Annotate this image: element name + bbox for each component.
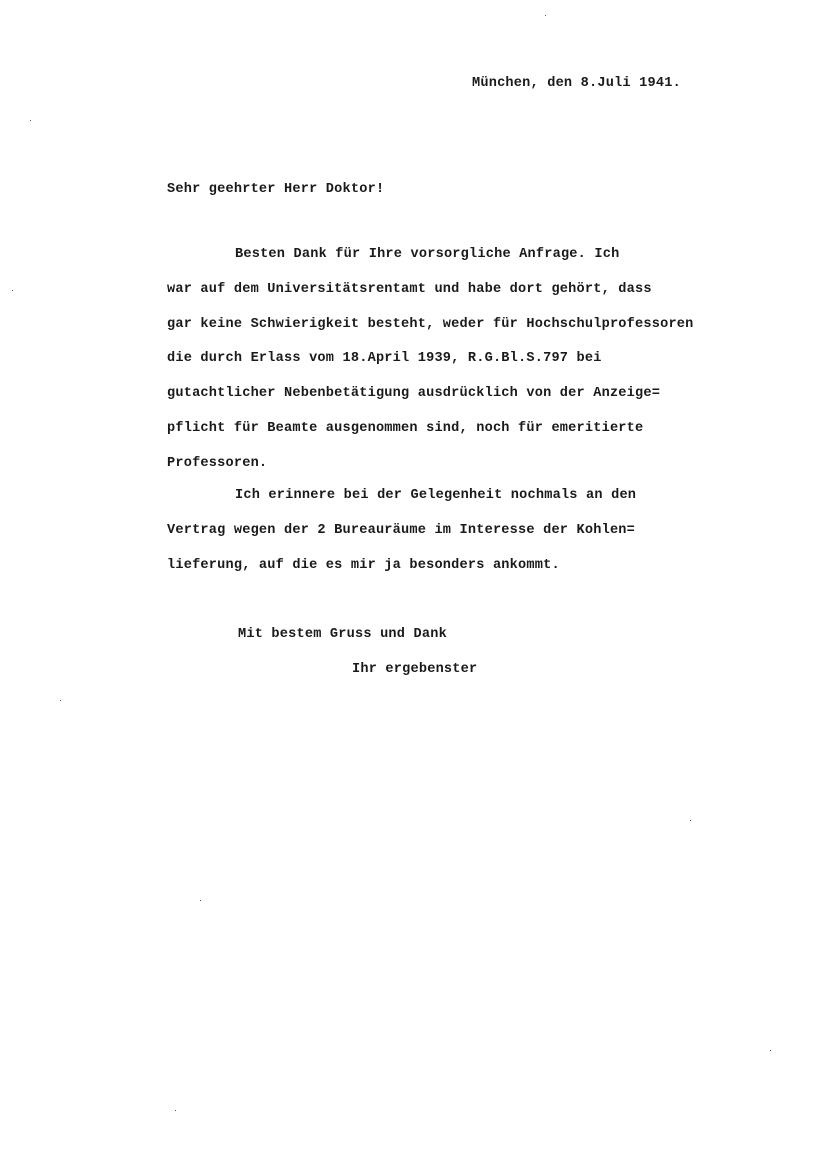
scan-speck	[30, 120, 31, 121]
closing: Mit bestem Gruss und Dank	[238, 626, 447, 644]
paragraph-line: pflicht für Beamte ausgenommen sind, noc…	[167, 420, 643, 438]
letter-page: München, den 8.Juli 1941. Sehr geehrter …	[0, 0, 828, 1169]
dateline: München, den 8.Juli 1941.	[472, 75, 681, 93]
scan-speck	[545, 15, 546, 16]
scan-speck	[200, 900, 201, 901]
paragraph-line: war auf dem Universitätsrentamt und habe…	[167, 281, 652, 299]
scan-speck	[60, 700, 61, 701]
scan-speck	[12, 290, 13, 291]
paragraph-line: gar keine Schwierigkeit besteht, weder f…	[167, 316, 694, 334]
scan-speck	[770, 1050, 771, 1051]
scan-speck	[175, 1110, 176, 1111]
paragraph-line: Besten Dank für Ihre vorsorgliche Anfrag…	[235, 246, 619, 264]
paragraph-line: gutachtlicher Nebenbetätigung ausdrückli…	[167, 385, 660, 403]
paragraph-line: Professoren.	[167, 455, 267, 473]
paragraph-line: Vertrag wegen der 2 Bureauräume im Inter…	[167, 522, 635, 540]
paragraph-line: die durch Erlass vom 18.April 1939, R.G.…	[167, 350, 602, 368]
paragraph-line: Ich erinnere bei der Gelegenheit nochmal…	[235, 487, 636, 505]
paragraph-line: lieferung, auf die es mir ja besonders a…	[167, 557, 560, 575]
signoff: Ihr ergebenster	[352, 661, 477, 679]
salutation: Sehr geehrter Herr Doktor!	[167, 181, 384, 199]
scan-speck	[690, 820, 691, 821]
